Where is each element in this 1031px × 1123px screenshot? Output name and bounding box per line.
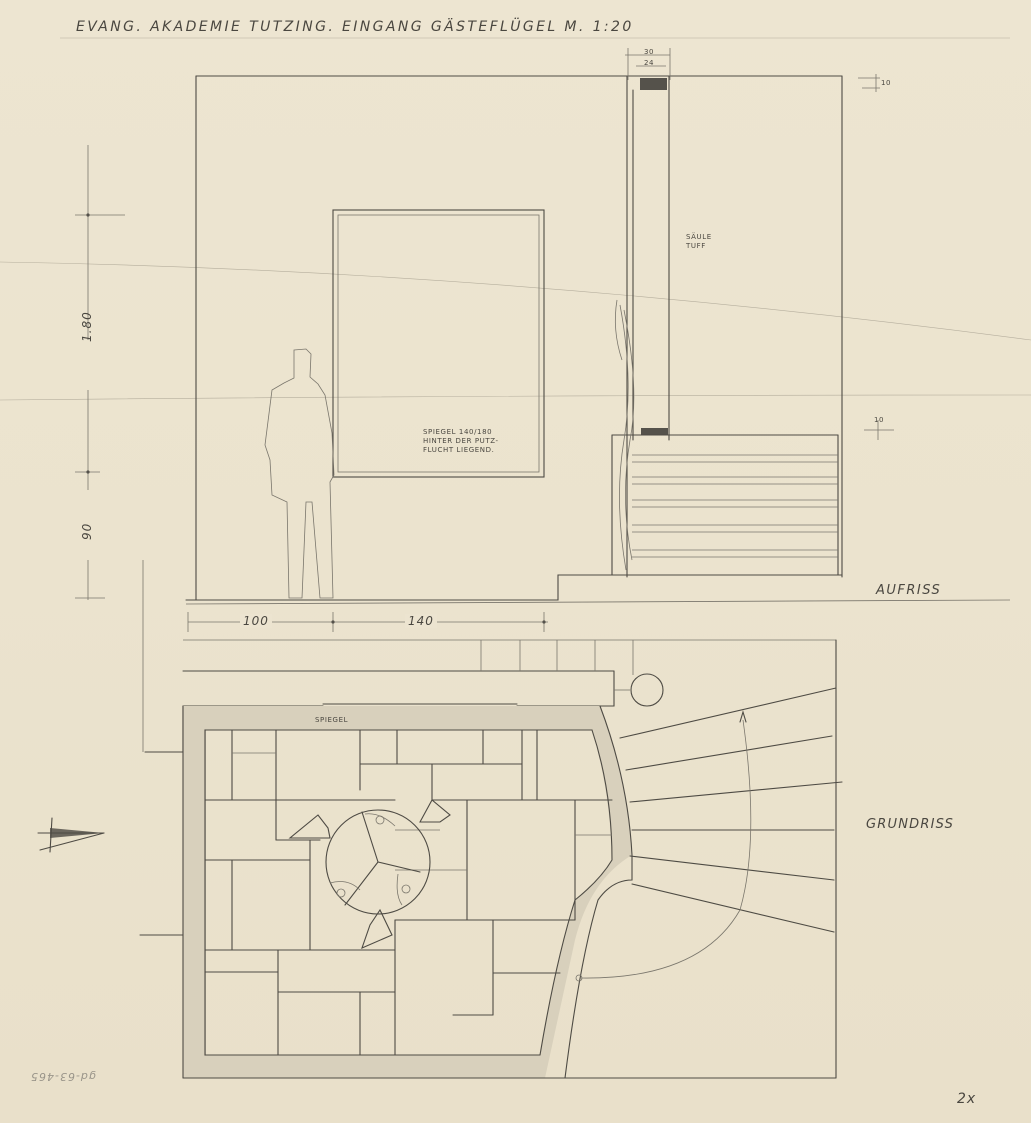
human-figure: [265, 349, 334, 598]
elevation-view: [75, 48, 1010, 752]
archive-stamp: gd-63-465: [30, 1070, 96, 1083]
plan-mirror-note: SPIEGEL: [315, 716, 348, 725]
paper-fold: [0, 262, 1031, 340]
elevation-steps: [612, 435, 838, 575]
plan-view: [38, 640, 842, 1078]
dim-column-inner: 24: [644, 59, 654, 68]
column-note: SÄULE TUFF: [686, 233, 712, 251]
plan-label: GRUNDRISS: [866, 817, 954, 832]
dim-height-lower: 90: [80, 523, 94, 540]
dim-step-offset: 10: [874, 416, 884, 425]
sheet-mark: 2x: [957, 1091, 976, 1107]
dim-width-mirror: 140: [405, 614, 437, 628]
north-arrow-icon: [38, 818, 104, 852]
dim-width-left: 100: [240, 614, 272, 628]
dim-column-outer: 30: [644, 48, 654, 57]
elevation-label: AUFRISS: [876, 583, 941, 598]
drawing-title: EVANG. AKADEMIE TUTZING. EINGANG GÄSTEFL…: [76, 19, 634, 35]
drawing-sheet: EVANG. AKADEMIE TUTZING. EINGANG GÄSTEFL…: [0, 0, 1031, 1123]
mirror-note: SPIEGEL 140/180 HINTER DER PUTZ- FLUCHT …: [423, 428, 499, 455]
column-plan-circle: [631, 674, 663, 706]
tuff-column: [627, 76, 669, 577]
architectural-drawing: [0, 0, 1031, 1123]
dim-top-offset: 10: [881, 79, 891, 88]
dim-height-upper: 1.80: [80, 311, 94, 342]
fish-mosaic: [290, 800, 450, 948]
